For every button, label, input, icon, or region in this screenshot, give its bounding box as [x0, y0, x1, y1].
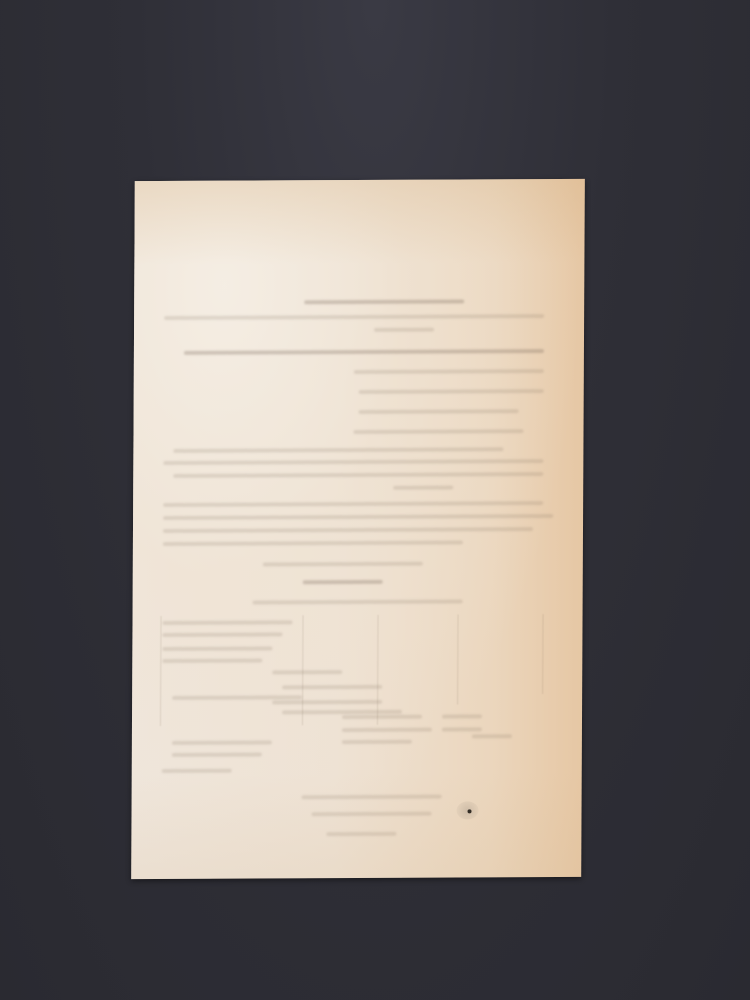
show-through-line — [163, 514, 553, 520]
show-through-line — [353, 429, 523, 434]
show-through-line — [163, 501, 543, 507]
show-through-line — [472, 734, 512, 738]
show-through-line — [304, 299, 464, 304]
show-through-line — [172, 752, 262, 756]
show-through-line — [173, 472, 543, 478]
show-through-table-rule — [160, 616, 162, 726]
show-through-line — [442, 727, 482, 731]
show-through-table-rule — [457, 614, 458, 704]
show-through-line — [164, 314, 544, 320]
show-through-line — [272, 670, 342, 674]
show-through-line — [354, 369, 544, 374]
show-through-line — [326, 832, 396, 836]
show-through-table-rule — [377, 615, 379, 725]
show-through-line — [342, 715, 422, 719]
show-through-text — [135, 179, 585, 181]
show-through-line — [162, 769, 232, 773]
show-through-line — [184, 349, 544, 355]
paper-sheet — [131, 179, 585, 879]
show-through-table-rule — [542, 614, 543, 694]
show-through-line — [342, 728, 432, 732]
show-through-line — [303, 580, 383, 584]
show-through-line — [162, 658, 262, 663]
ink-speck — [468, 809, 472, 813]
show-through-line — [302, 795, 442, 800]
show-through-line — [162, 646, 272, 651]
show-through-line — [311, 812, 431, 817]
show-through-line — [359, 389, 544, 394]
show-through-line — [162, 620, 292, 625]
show-through-line — [359, 409, 519, 414]
show-through-line — [163, 527, 533, 533]
show-through-line — [342, 740, 412, 744]
show-through-line — [162, 632, 282, 637]
show-through-line — [172, 740, 272, 745]
show-through-line — [263, 562, 423, 567]
show-through-line — [172, 695, 302, 700]
show-through-line — [272, 700, 382, 705]
show-through-line — [163, 540, 463, 546]
show-through-line — [163, 459, 543, 465]
show-through-line — [253, 599, 463, 604]
show-through-line — [442, 714, 482, 718]
show-through-line — [393, 486, 453, 490]
show-through-line — [374, 328, 434, 332]
show-through-line — [282, 685, 382, 690]
show-through-line — [173, 447, 503, 453]
show-through-line — [282, 710, 402, 715]
